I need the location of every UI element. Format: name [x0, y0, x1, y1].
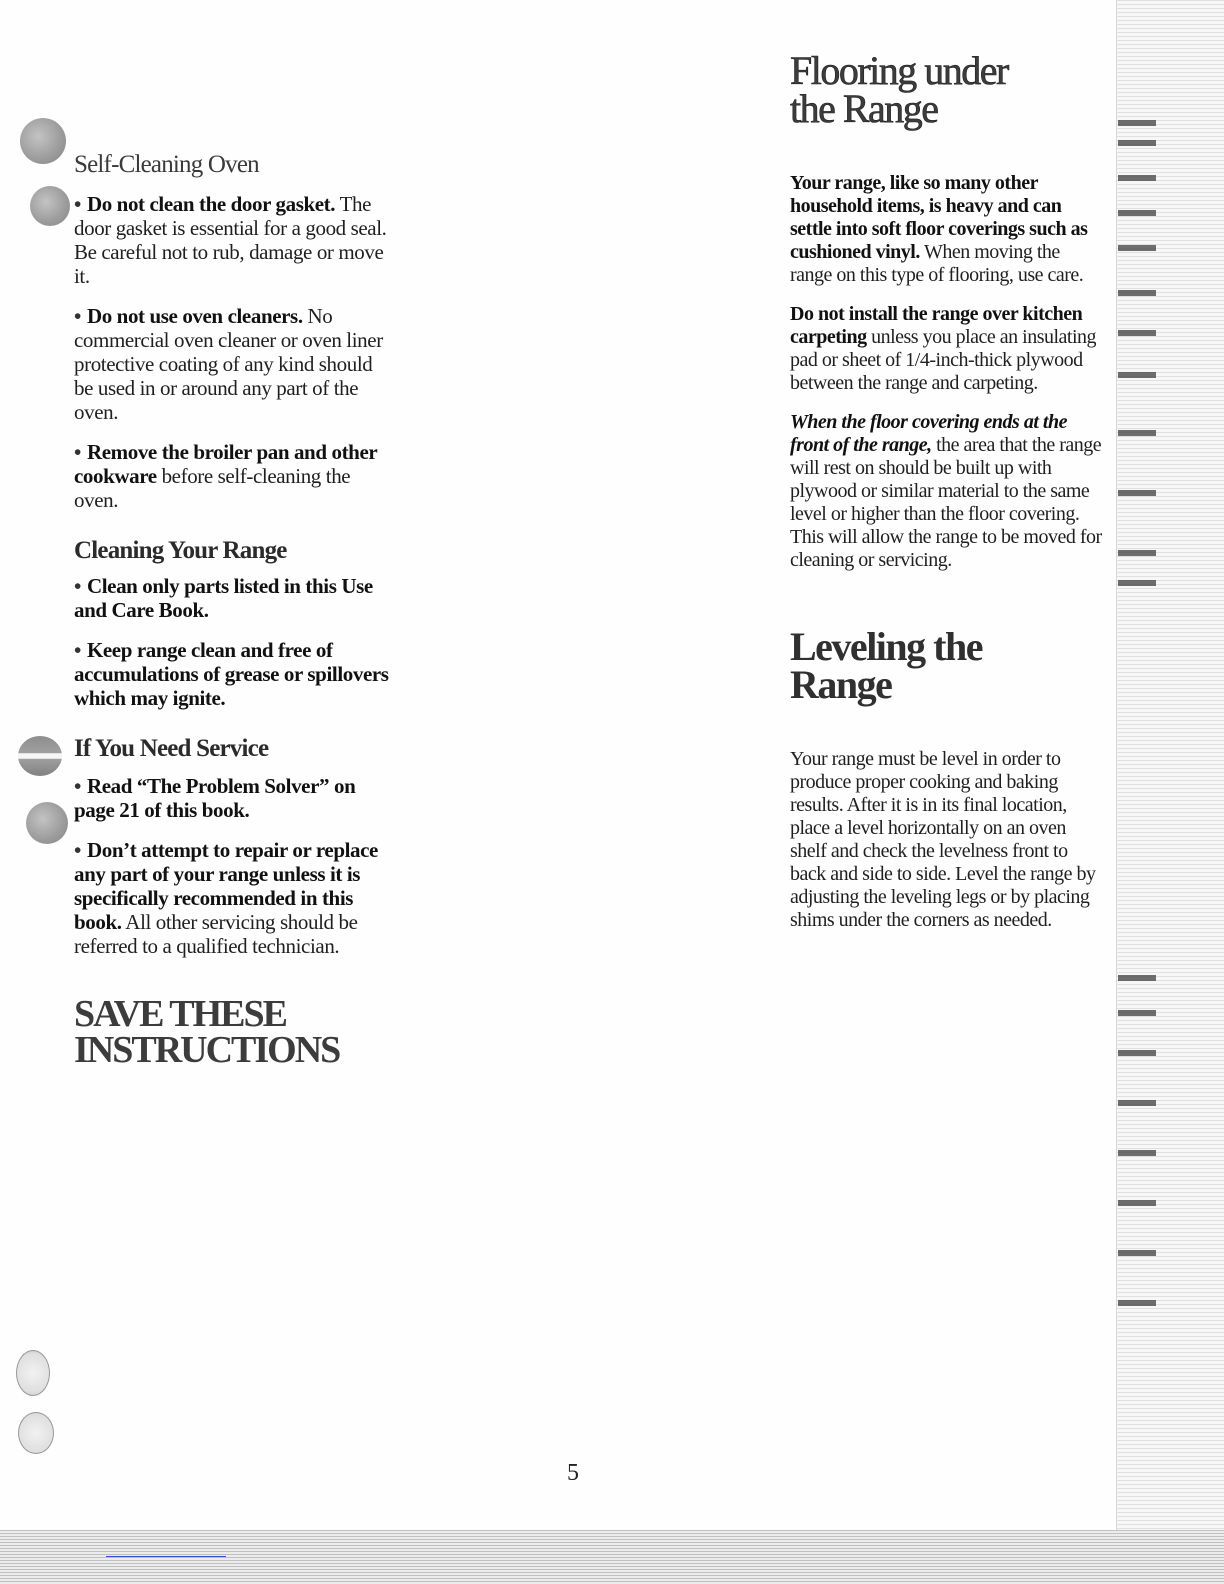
tab-mark: [1118, 975, 1156, 981]
paragraph: When the floor covering ends at the fron…: [790, 411, 1105, 572]
tab-mark: [1118, 490, 1156, 496]
title-line: the Range: [790, 86, 938, 131]
tab-mark: [1118, 330, 1156, 336]
scan-artifact-band: [0, 1530, 1224, 1584]
tab-mark: [1118, 430, 1156, 436]
leveling-section: Leveling the Range Your range must be le…: [790, 628, 1105, 932]
tab-mark: [1118, 580, 1156, 586]
index-tab-strip: [1116, 0, 1224, 1584]
tab-mark: [1118, 140, 1156, 146]
section-title: Leveling the Range: [790, 628, 1105, 704]
list-item: Clean only parts listed in this Use and …: [74, 574, 394, 622]
tab-mark: [1118, 290, 1156, 296]
paragraph: Do not install the range over kitchen ca…: [790, 303, 1105, 395]
tab-mark: [1118, 1150, 1156, 1156]
tab-mark: [1118, 1300, 1156, 1306]
tab-mark: [1118, 1100, 1156, 1106]
document-page: Self-Cleaning Oven Do not clean the door…: [0, 0, 1224, 1584]
tab-mark: [1118, 1250, 1156, 1256]
binding-hole-icon: [16, 1350, 50, 1396]
if-you-need-service-section: If You Need Service Read “The Problem So…: [74, 734, 394, 958]
tab-mark: [1118, 175, 1156, 181]
binding-hole-icon: [18, 1412, 54, 1454]
tab-mark: [1118, 1200, 1156, 1206]
save-instructions-line-1: SAVE THESE: [74, 996, 394, 1032]
section-heading: Self-Cleaning Oven: [74, 150, 394, 180]
binding-hole-icon: [26, 802, 68, 844]
binding-hole-icon: [30, 186, 70, 226]
self-cleaning-oven-section: Self-Cleaning Oven Do not clean the door…: [74, 150, 394, 512]
save-instructions-line-2: INSTRUCTIONS: [74, 1032, 394, 1068]
list-item: Do not use oven cleaners. No commercial …: [74, 304, 394, 424]
binding-hole-icon: [18, 736, 62, 776]
list-item: Keep range clean and free of accumulatio…: [74, 638, 394, 710]
binding-hole-icon: [20, 118, 66, 164]
flooring-section: Flooring under the Range Your range, lik…: [790, 52, 1105, 572]
list-item: Do not clean the door gasket. The door g…: [74, 192, 394, 288]
tab-mark: [1118, 550, 1156, 556]
section-title: Flooring under the Range: [790, 52, 1105, 128]
save-instructions-section: SAVE THESE INSTRUCTIONS: [74, 996, 394, 1068]
page-number: 5: [567, 1460, 579, 1487]
tab-mark: [1118, 1050, 1156, 1056]
section-heading: Cleaning Your Range: [74, 536, 394, 566]
right-column: Flooring under the Range Your range, lik…: [790, 52, 1105, 932]
title-line: Range: [790, 662, 891, 707]
list-item: Remove the broiler pan and other cookwar…: [74, 440, 394, 512]
paragraph: Your range must be level in order to pro…: [790, 748, 1105, 932]
cleaning-your-range-section: Cleaning Your Range Clean only parts lis…: [74, 536, 394, 710]
list-item: Don’t attempt to repair or replace any p…: [74, 838, 394, 958]
tab-mark: [1118, 372, 1156, 378]
list-item: Read “The Problem Solver” on page 21 of …: [74, 774, 394, 822]
tab-mark: [1118, 210, 1156, 216]
tab-mark: [1118, 245, 1156, 251]
tab-mark: [1118, 120, 1156, 126]
left-column: Self-Cleaning Oven Do not clean the door…: [74, 150, 394, 1068]
tab-mark: [1118, 1010, 1156, 1016]
scan-artifact-line: [106, 1556, 226, 1557]
section-heading: If You Need Service: [74, 734, 394, 764]
paragraph: Your range, like so many other household…: [790, 172, 1105, 287]
